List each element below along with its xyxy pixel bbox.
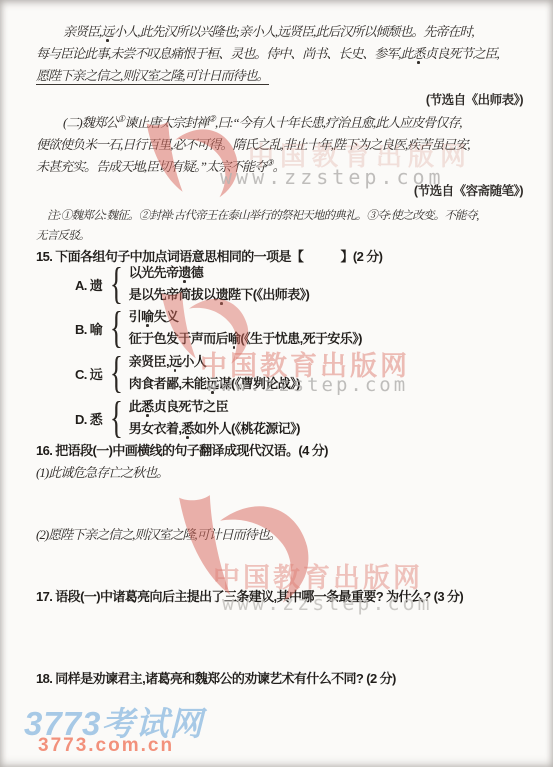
emphasized-char: 悉 <box>141 399 153 414</box>
question-18-stem: 18. 同样是劝谏君主,诸葛亮和魏郑公的劝谏艺术有什么不同? (2 分) <box>36 668 396 690</box>
emphasized-char: 遗 <box>216 287 228 302</box>
emphasized-char: 悉 <box>181 421 193 436</box>
passage-text: 小人,此先汉所以兴隆也;亲小人,远贤臣,此后汉所以倾颓也。先帝在时, <box>113 24 473 39</box>
q15-option-c: C. 远 { 亲贤臣,远小人 肉食者鄙,未能远谋(《曹刿论战》) <box>75 351 300 395</box>
q15-option-b: B. 喻 { 引喻失义 征于色发于声而后喻(《生于忧患,死于安乐》) <box>75 306 362 350</box>
question-16-item-1: (1)此诚危急存亡之秋也。 <box>36 462 168 484</box>
option-line: 肉食者鄙,未能远谋(《曹刿论战》) <box>129 373 300 395</box>
passage-one-line-3: 愿陛下亲之信之,则汉室之隆,可计日而待也。 <box>36 65 269 87</box>
option-label: C. 远 <box>75 364 102 383</box>
option-line: 征于色发于声而后喻(《生于忧患,死于安乐》) <box>129 328 362 350</box>
passage-text: 。 <box>273 159 285 174</box>
passage-text: 贞良死节之臣, <box>425 46 499 61</box>
footnote-marker-2: ② <box>208 114 215 124</box>
q15-option-a: A. 遗 { 以光先帝遗德 是以先帝简拔以遗陛下(《出师表》) <box>75 262 309 306</box>
footnotes-line-1: 注:①魏郑公:魏征。②封禅:古代帝王在泰山举行的祭祀天地的典礼。③夺:使之改变。… <box>47 205 479 227</box>
emphasized-char: 远 <box>169 354 181 369</box>
footnote-marker-3: ③ <box>266 158 273 168</box>
brace-icon: { <box>110 306 123 350</box>
emphasized-char: 喻 <box>228 331 240 346</box>
footnotes-line-2: 无言反驳。 <box>36 225 90 247</box>
emphasized-char: 遗 <box>178 265 190 280</box>
passage-two-line-2: 便欲使负米一石,日行百里,必不可得。隋氏之乱,非止十年,陛下为之良医,疾苦虽已安… <box>36 134 470 156</box>
option-label: B. 喻 <box>75 319 102 338</box>
passage-two-line-3: 未甚充实。告成天地,臣切有疑。”太宗不能夺③。 <box>36 156 285 178</box>
option-line: 是以先帝简拔以遗陛下(《出师表》) <box>129 284 309 306</box>
emphasized-char: 喻 <box>141 309 153 324</box>
answer-space <box>36 546 523 584</box>
watermark-site-url: 3773.com.cn <box>38 735 174 757</box>
option-label: A. 遗 <box>75 275 102 294</box>
passage-one-source: (节选自《出师表》) <box>426 89 523 111</box>
option-line: 亲贤臣,远小人 <box>129 351 300 373</box>
option-line: 男女衣着,悉如外人(《桃花源记》) <box>129 418 300 440</box>
q15-option-d: D. 悉 { 此悉贞良死节之臣 男女衣着,悉如外人(《桃花源记》) <box>75 396 300 440</box>
passage-text: 谏止唐太宗封禅 <box>124 115 208 130</box>
question-16-stem: 16. 把语段(一)中画横线的句子翻译成现代汉语。(4 分) <box>36 440 328 462</box>
scanned-exam-page: 亲贤臣,远小人,此先汉所以兴隆也;亲小人,远贤臣,此后汉所以倾颓也。先帝在时, … <box>0 0 553 767</box>
question-17-stem: 17. 语段(一)中诸葛亮向后主提出了三条建议,其中哪一条最重要? 为什么? (… <box>36 586 463 608</box>
option-line: 以光先帝遗德 <box>129 262 309 284</box>
passage-text: 每与臣论此事,未尝不叹息痛恨于桓、灵也。侍中、尚书、长史、参军,此 <box>36 46 413 61</box>
answer-space <box>36 608 523 664</box>
emphasized-char: 悉 <box>413 46 425 61</box>
passage-text: (二)魏郑公 <box>63 115 118 130</box>
brace-icon: { <box>110 351 123 395</box>
emphasized-char: 远 <box>101 24 113 39</box>
brace-icon: { <box>110 262 123 306</box>
passage-text: 亲贤臣, <box>63 24 101 39</box>
emphasized-char: 远 <box>206 376 218 391</box>
passage-two-line-1: (二)魏郑公①谏止唐太宗封禅②,曰:“今有人十年长患,疗治且愈,此人应皮骨仅存, <box>36 112 462 134</box>
question-16-item-2: (2)愿陛下亲之信之,则汉室之隆,可计日而待也。 <box>36 524 281 546</box>
passage-text: ,曰:“今有人十年长患,疗治且愈,此人应皮骨仅存, <box>215 115 462 130</box>
passage-one-line-2: 每与臣论此事,未尝不叹息痛恨于桓、灵也。侍中、尚书、长史、参军,此悉贞良死节之臣… <box>36 43 499 65</box>
option-label: D. 悉 <box>75 409 102 428</box>
option-line: 引喻失义 <box>129 306 362 328</box>
option-line: 此悉贞良死节之臣 <box>129 396 300 418</box>
answer-space <box>36 484 523 522</box>
passage-one-line-1: 亲贤臣,远小人,此先汉所以兴隆也;亲小人,远贤臣,此后汉所以倾颓也。先帝在时, <box>36 21 474 43</box>
watermark-site-name: 3773考试网 <box>24 698 203 745</box>
passage-two-source: (节选自《容斋随笔》) <box>414 180 523 202</box>
passage-text: 未甚充实。告成天地,臣切有疑。”太宗不能夺 <box>36 159 266 174</box>
brace-icon: { <box>110 396 123 440</box>
underlined-sentence: 愿陛下亲之信之,则汉室之隆,可计日而待也。 <box>36 68 269 85</box>
